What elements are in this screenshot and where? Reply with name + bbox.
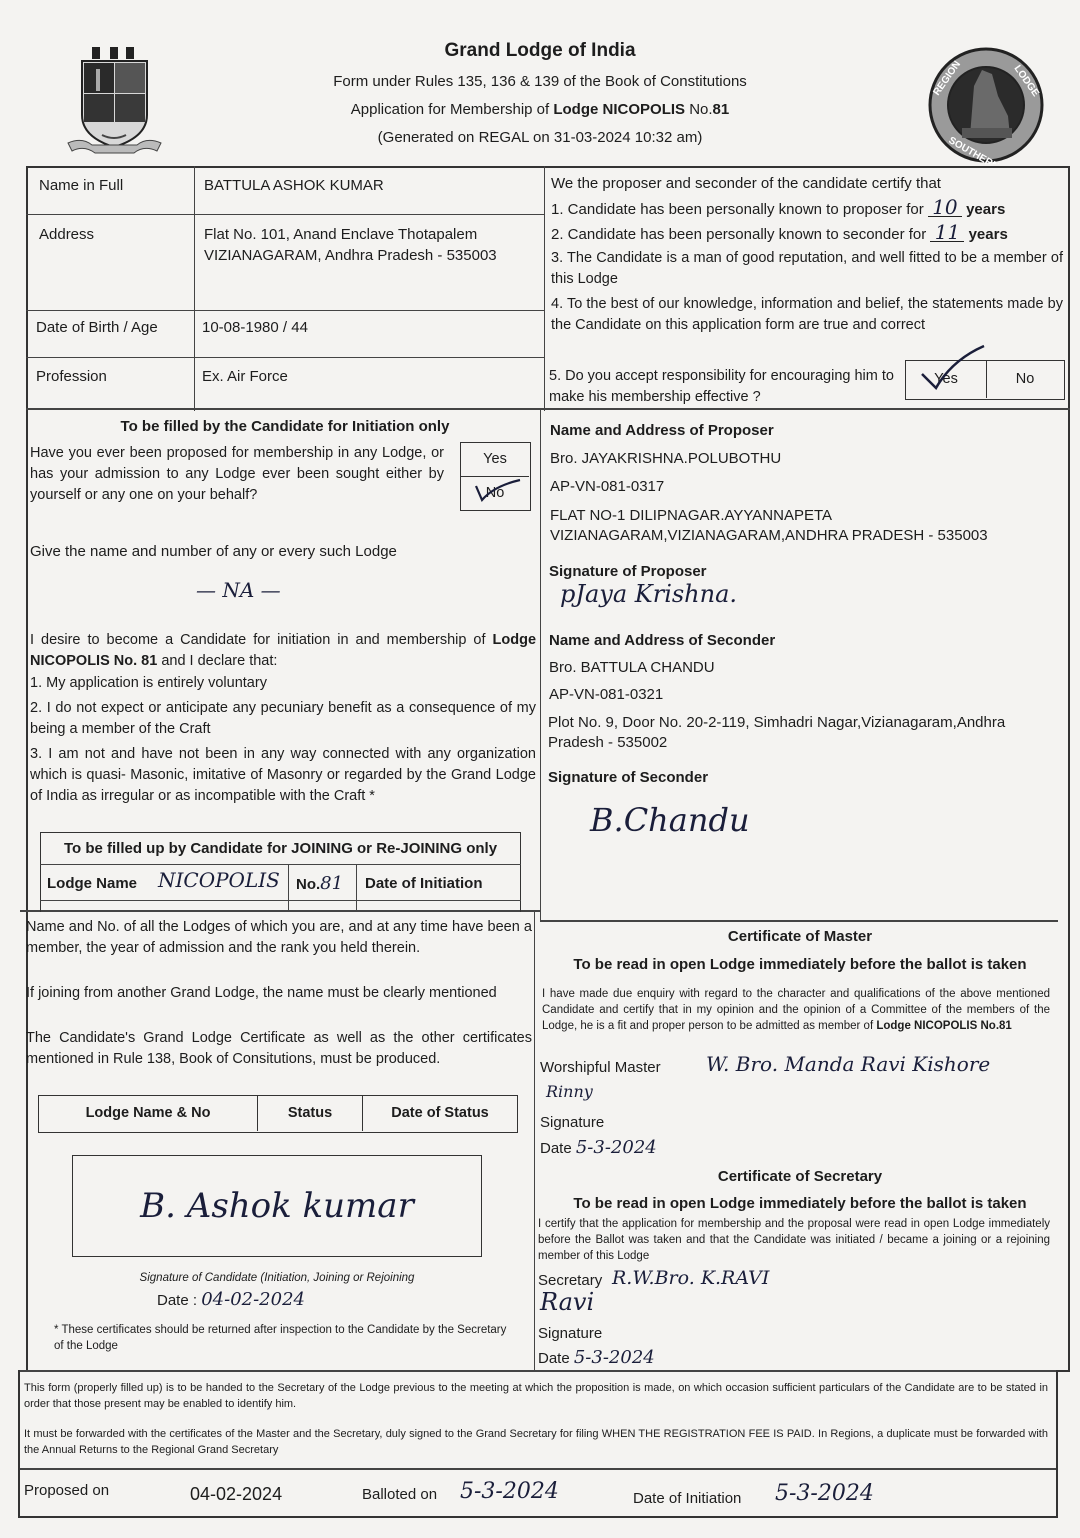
item2-text: 2. Candidate has been personally known t… — [551, 226, 926, 243]
profession-value[interactable]: Ex. Air Force — [202, 367, 288, 387]
initiation-question: Have you ever been proposed for membersh… — [30, 443, 444, 506]
yes-option[interactable]: Yes — [461, 443, 529, 477]
address-label: Address — [39, 225, 94, 245]
balloted-on-value[interactable]: 5-3-2024 — [460, 1482, 559, 1502]
col-lodge-name: Lodge Name & No — [39, 1096, 258, 1131]
date-label: Date — [540, 1140, 572, 1157]
proposer-address-2: VIZIANAGARAM,VIZIANAGARAM,ANDHRA PRADESH… — [550, 526, 988, 546]
proposer-heading: Name and Address of Proposer — [550, 421, 774, 441]
lodges-para-2: If joining from another Grand Lodge, the… — [26, 983, 532, 1004]
proposer-name: Bro. JAYAKRISHNA.POLUBOTHU — [550, 449, 781, 469]
date-label: Date — [538, 1350, 570, 1367]
candidate-date-value[interactable]: 04-02-2024 — [201, 1289, 305, 1310]
proposed-on-label: Proposed on — [24, 1481, 109, 1501]
profession-label: Profession — [36, 367, 107, 387]
name-value[interactable]: BATTULA ASHOK KUMAR — [204, 176, 384, 196]
secretary-signature-label: Signature — [538, 1324, 602, 1344]
footer-note-1: This form (properly filled up) is to be … — [24, 1380, 1048, 1412]
col-status: Status — [258, 1096, 363, 1131]
desire-text-end: and I declare that: — [157, 653, 277, 669]
joining-lodge-name-value[interactable]: NICOPOLIS — [158, 870, 280, 890]
initiation-heading: To be filled by the Candidate for Initia… — [26, 417, 544, 437]
seconder-address: Plot No. 9, Door No. 20-2-119, Simhadri … — [548, 713, 1060, 753]
give-lodge-name-label: Give the name and number of any or every… — [30, 542, 397, 562]
checkmark-yes-icon — [918, 344, 988, 394]
secretary-heading: Certificate of Secretary — [540, 1167, 1060, 1187]
desire-statement: I desire to become a Candidate for initi… — [30, 630, 536, 672]
master-subheading: To be read in open Lodge immediately bef… — [540, 955, 1060, 975]
certify-item-3: 3. The Candidate is a man of good reputa… — [551, 248, 1063, 290]
subtitle-no: No. — [685, 101, 713, 118]
secretary-body: I certify that the application for membe… — [538, 1216, 1050, 1264]
proposer-signature-label: Signature of Proposer — [549, 562, 707, 582]
declaration-3: 3. I am not and have not been in any way… — [30, 744, 536, 807]
address-line1[interactable]: Flat No. 101, Anand Enclave Thotapalem — [204, 225, 477, 245]
candidate-signature-caption: Signature of Candidate (Initiation, Join… — [72, 1268, 482, 1288]
candidate-signature: B. Ashok kumar — [73, 1184, 481, 1228]
address-line2[interactable]: VIZIANAGARAM, Andhra Pradesh - 535003 — [204, 246, 497, 266]
certify-intro: We the proposer and seconder of the cand… — [551, 174, 1061, 194]
certify-item-5: 5. Do you accept responsibility for enco… — [549, 366, 899, 408]
seconder-heading: Name and Address of Seconder — [549, 631, 775, 651]
master-body: I have made due enquiry with regard to t… — [542, 986, 1050, 1034]
date-of-initiation-label: Date of Initiation — [633, 1489, 741, 1509]
date-label: Date : — [157, 1292, 197, 1309]
date-of-initiation-value[interactable]: 5-3-2024 — [775, 1484, 874, 1504]
joining-heading: To be filled up by Candidate for JOINING… — [40, 839, 521, 859]
secretary-date-value[interactable]: 5-3-2024 — [574, 1347, 655, 1368]
dob-label: Date of Birth / Age — [36, 318, 158, 338]
worshipful-master-name[interactable]: W. Bro. Manda Ravi Kishore — [706, 1054, 990, 1074]
seconder-years-value[interactable]: 11 — [930, 223, 964, 242]
proposer-years-value[interactable]: 10 — [928, 198, 962, 217]
lodges-para-3: The Candidate's Grand Lodge Certificate … — [26, 1028, 532, 1070]
certify-item-1: 1. Candidate has been personally known t… — [551, 198, 1061, 220]
seconder-signature-label: Signature of Seconder — [548, 768, 708, 788]
subtitle-lodge-number: 81 — [713, 101, 730, 118]
proposed-on-value: 04-02-2024 — [190, 1484, 282, 1504]
name-label: Name in Full — [39, 176, 123, 196]
lodges-para-1: Name and No. of all the Lodges of which … — [26, 917, 532, 959]
declaration-1: 1. My application is entirely voluntary — [30, 673, 536, 694]
master-signature[interactable]: Rinny — [546, 1082, 593, 1102]
joining-no-value[interactable]: 81 — [320, 873, 343, 894]
joining-lodge-name-label: Lodge Name — [47, 874, 137, 894]
proposer-address-1: FLAT NO-1 DILIPNAGAR.AYYANNAPETA — [550, 506, 832, 526]
proposer-reg-no: AP-VN-081-0317 — [550, 477, 664, 497]
seconder-signature[interactable]: B.Chandu — [590, 800, 750, 840]
seconder-name: Bro. BATTULA CHANDU — [549, 658, 715, 678]
lodges-table-header: Lodge Name & No Status Date of Status — [38, 1095, 518, 1133]
secretary-signature[interactable]: Ravi — [540, 1292, 594, 1312]
checkmark-no-icon — [474, 478, 524, 504]
master-date: Date 5-3-2024 — [540, 1138, 657, 1159]
no-option[interactable]: No — [986, 361, 1064, 398]
years-label: years — [969, 226, 1008, 243]
seconder-reg-no: AP-VN-081-0321 — [549, 685, 663, 705]
give-lodge-name-value[interactable]: — NA — — [196, 580, 281, 600]
joining-no: No.81 — [296, 874, 343, 895]
no-label: No. — [296, 876, 320, 893]
dob-value[interactable]: 10-08-1980 / 44 — [202, 318, 308, 338]
proposer-signature[interactable]: pJaya Krishna. — [560, 584, 737, 604]
balloted-on-label: Balloted on — [362, 1485, 437, 1505]
footer-note-2: It must be forwarded with the certificat… — [24, 1426, 1048, 1458]
joining-date-label: Date of Initiation — [365, 874, 483, 894]
col-date-of-status: Date of Status — [363, 1096, 517, 1131]
desire-text: I desire to become a Candidate for initi… — [30, 632, 486, 648]
master-date-value[interactable]: 5-3-2024 — [576, 1137, 657, 1158]
secretary-name[interactable]: R.W.Bro. K.RAVI — [612, 1268, 769, 1288]
crest-logo-icon — [62, 45, 167, 160]
secretary-subheading: To be read in open Lodge immediately bef… — [540, 1194, 1060, 1214]
master-heading: Certificate of Master — [540, 927, 1060, 947]
declaration-2: 2. I do not expect or anticipate any pec… — [30, 698, 536, 740]
regional-lodge-seal-icon: REGION LODGE SOUTHERN INDIA — [922, 46, 1050, 164]
worshipful-master-label: Worshipful Master — [540, 1058, 661, 1078]
subtitle-lodge-name: Lodge NICOPOLIS — [553, 101, 685, 118]
years-label: years — [966, 201, 1005, 218]
secretary-date: Date 5-3-2024 — [538, 1348, 655, 1369]
item1-text: 1. Candidate has been personally known t… — [551, 201, 924, 218]
master-signature-label: Signature — [540, 1113, 604, 1133]
subtitle-prefix: Application for Membership of — [351, 101, 554, 118]
certify-item-2: 2. Candidate has been personally known t… — [551, 223, 1061, 245]
certify-item-4: 4. To the best of our knowledge, informa… — [551, 294, 1063, 336]
candidate-signature-box[interactable]: B. Ashok kumar — [72, 1155, 482, 1257]
certificates-footnote: * These certificates should be returned … — [54, 1322, 514, 1354]
master-body-lodge: Lodge NICOPOLIS No.81 — [876, 1020, 1011, 1032]
candidate-date: Date : 04-02-2024 — [157, 1290, 305, 1311]
